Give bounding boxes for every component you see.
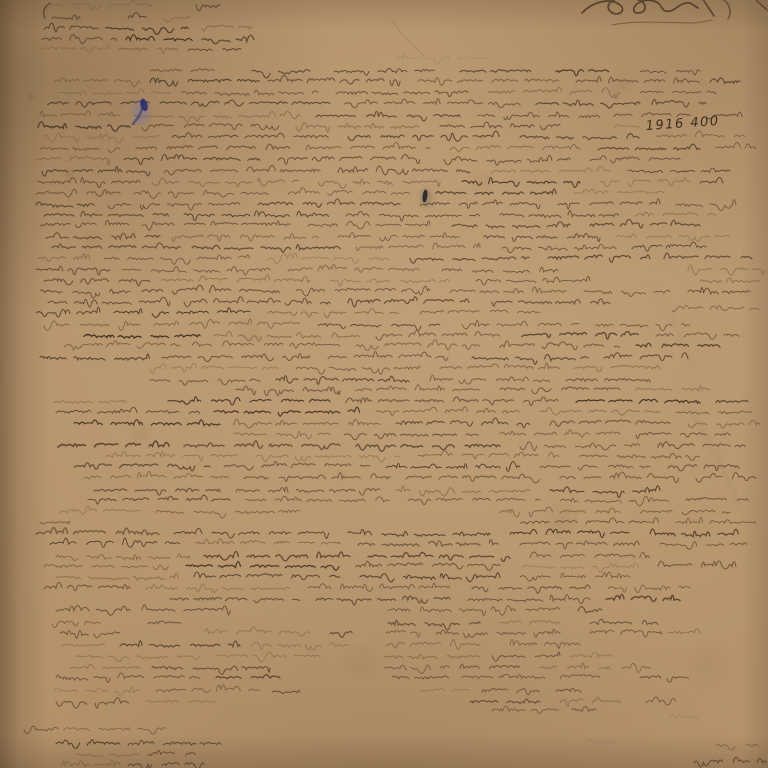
handwriting-line — [58, 441, 745, 452]
handwriting-line — [56, 605, 602, 616]
handwriting-line — [150, 69, 700, 78]
opening-paren — [44, 3, 50, 18]
handwriting-line — [70, 663, 651, 674]
handwriting-line — [48, 297, 610, 307]
handwriting-line — [56, 740, 221, 749]
handwriting-line — [36, 154, 680, 165]
handwriting-line — [84, 330, 739, 341]
handwriting-line — [52, 13, 190, 23]
pencil-diagonal — [392, 22, 424, 56]
manuscript-page: 1916 400 — [0, 0, 768, 768]
handwriting-line — [62, 760, 204, 768]
handwriting-line — [46, 233, 730, 242]
handwriting-line — [60, 506, 730, 518]
signature-flourish — [724, 0, 730, 19]
handwriting-line — [234, 430, 730, 440]
handwriting-line — [56, 572, 630, 582]
handwriting-line — [74, 418, 760, 428]
handwriting-line — [56, 407, 752, 416]
handwriting-line — [40, 517, 756, 524]
handwriting-line — [38, 177, 723, 188]
handwriting-line — [54, 76, 740, 87]
handwriting-line — [84, 471, 756, 482]
handwriting-line — [150, 363, 660, 375]
handwriting-line — [52, 242, 706, 253]
handwriting-line — [56, 673, 688, 683]
handwriting-line — [44, 23, 252, 34]
handwriting-line — [492, 706, 596, 713]
handwriting-line — [44, 582, 690, 593]
handwriting-line — [44, 319, 690, 331]
pencil-scribble-line — [588, 740, 618, 745]
handwriting-line — [42, 45, 241, 53]
handwriting-line — [24, 726, 166, 734]
handwriting-line — [44, 275, 760, 286]
handwriting-line — [36, 307, 540, 318]
handwriting-line — [38, 122, 639, 132]
handwriting-line — [60, 627, 700, 639]
handwriting-line — [64, 340, 720, 351]
handwriting-line — [236, 385, 710, 396]
signature-underline — [612, 20, 712, 25]
handwriting-line — [40, 285, 750, 298]
handwriting-line — [44, 131, 745, 143]
signature-flourish — [756, 0, 767, 10]
handwriting-line — [44, 561, 736, 573]
handwriting-line — [76, 652, 612, 662]
handwriting-line — [76, 750, 196, 757]
handwriting-line — [94, 486, 660, 498]
handwriting-line — [74, 461, 739, 471]
handwriting-line — [62, 640, 580, 650]
signature-flourish — [582, 0, 698, 14]
handwriting-line — [56, 551, 650, 561]
handwriting-line — [58, 87, 716, 98]
paper-crease — [12, 40, 18, 380]
manuscript-writing-layer: 1916 400 — [0, 0, 768, 768]
handwriting-line — [716, 744, 759, 750]
handwriting-line — [54, 685, 581, 696]
handwriting-line — [694, 757, 766, 767]
handwriting-line — [46, 1, 220, 11]
handwriting-line — [672, 306, 759, 312]
flourishes-group — [12, 0, 767, 512]
handwriting-line — [40, 219, 700, 230]
handwriting-line — [38, 253, 752, 264]
handwriting-line — [40, 351, 688, 364]
handwriting-line — [56, 697, 676, 709]
handwritten-numerals: 1916 400 — [645, 114, 720, 134]
paper-crease — [688, 404, 742, 512]
handwriting-line — [52, 619, 658, 630]
handwriting-line — [150, 375, 650, 385]
handwriting-line — [40, 142, 756, 152]
handwriting-line — [36, 199, 736, 211]
handwriting-line — [170, 594, 680, 605]
handwriting-line — [106, 451, 700, 462]
handwriting-line — [36, 527, 738, 538]
handwriting-line — [50, 538, 747, 549]
handwriting-line — [88, 495, 748, 506]
handwriting-line — [54, 397, 748, 406]
handwriting-line — [36, 188, 664, 199]
handwriting-line — [42, 165, 730, 176]
handwriting-line — [36, 264, 764, 275]
pencil-scribble-line — [398, 54, 490, 64]
signature-flourish — [702, 0, 714, 16]
pencil-scribble-line — [670, 715, 698, 718]
handwriting-line — [42, 35, 254, 44]
handwriting-line — [44, 211, 716, 222]
